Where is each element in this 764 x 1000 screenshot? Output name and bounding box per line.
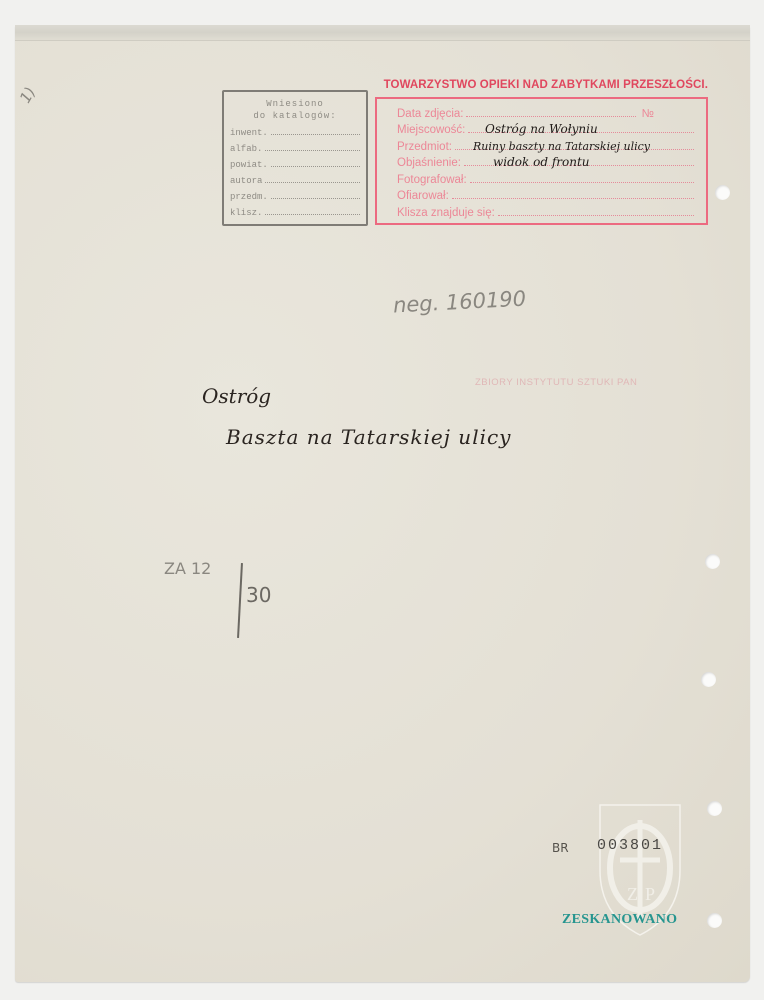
catalog-row: klisz. [230, 202, 360, 218]
red-stamp-form: Data zdjęcia: № Miejscowość: Ostróg na W… [375, 97, 708, 225]
catalog-stamp-title-line2: do katalogów: [224, 110, 366, 122]
field-value: Ostróg na Wołyniu [485, 122, 598, 136]
handwritten-location: Ostróg [202, 384, 271, 408]
field-negative-location: Klisza znajduje się: [397, 202, 694, 219]
field-explanation: Objaśnienie: widok od frontu [397, 153, 694, 170]
field-label: Przedmiot: [397, 141, 452, 153]
scanned-stamp: ZESKANOWANO [562, 912, 677, 928]
handwritten-title: Baszta na Tatarskiej ulicy [226, 425, 511, 449]
field-label: Klisza znajduje się: [397, 207, 495, 219]
field-label: Miejscowość: [397, 124, 465, 136]
field-label: Fotografował: [397, 174, 467, 186]
field-value: Ruiny baszty na Tatarskiej ulicy [473, 140, 650, 153]
field-value: widok od frontu [493, 155, 590, 169]
red-stamp-header: TOWARZYSTWO OPIEKI NAD ZABYTKAMI PRZESZŁ… [378, 79, 708, 91]
field-label: Ofiarował: [397, 190, 449, 202]
punch-hole [707, 913, 722, 928]
institute-collection-stamp: ZBIORY INSTYTUTU SZTUKI PAN [475, 377, 637, 388]
catalog-stamp: Wniesiono do katalogów: inwent. alfab. p… [222, 90, 368, 226]
catalog-row: inwent. [230, 122, 360, 138]
shelf-code: ZA 12 [164, 559, 211, 578]
punch-hole [701, 672, 716, 687]
punch-hole [715, 185, 730, 200]
catalog-row: powiat. [230, 154, 360, 170]
catalog-stamp-title-line1: Wniesiono [224, 98, 366, 110]
svg-text:Z: Z [627, 884, 638, 904]
punch-hole [705, 554, 720, 569]
catalog-row-label: alfab. [230, 144, 262, 154]
svg-text:P: P [645, 884, 655, 904]
field-location: Miejscowość: Ostróg na Wołyniu [397, 120, 694, 137]
catalog-row-label: klisz. [230, 208, 262, 218]
number-label: № [642, 108, 654, 120]
field-label: Data zdjęcia: [397, 108, 463, 120]
punch-hole [707, 801, 722, 816]
catalog-row-label: inwent. [230, 128, 268, 138]
catalog-row-label: przedm. [230, 192, 268, 202]
field-photographer: Fotografował: [397, 169, 694, 186]
field-subject: Przedmiot: Ruiny baszty na Tatarskiej ul… [397, 136, 694, 153]
field-donor: Ofiarował: [397, 186, 694, 203]
paper-top-edge-tape [15, 25, 750, 41]
catalog-row: autora [230, 170, 360, 186]
catalog-row-label: powiat. [230, 160, 268, 170]
shelf-number: 30 [246, 583, 271, 607]
catalog-row: przedm. [230, 186, 360, 202]
br-label: BR [552, 841, 569, 855]
catalog-row: alfab. [230, 138, 360, 154]
field-date: Data zdjęcia: № [397, 103, 694, 120]
catalog-row-label: autora [230, 176, 262, 186]
catalog-stamp-title: Wniesiono do katalogów: [224, 98, 366, 122]
field-label: Objaśnienie: [397, 157, 461, 169]
serial-number: 003801 [597, 837, 663, 854]
